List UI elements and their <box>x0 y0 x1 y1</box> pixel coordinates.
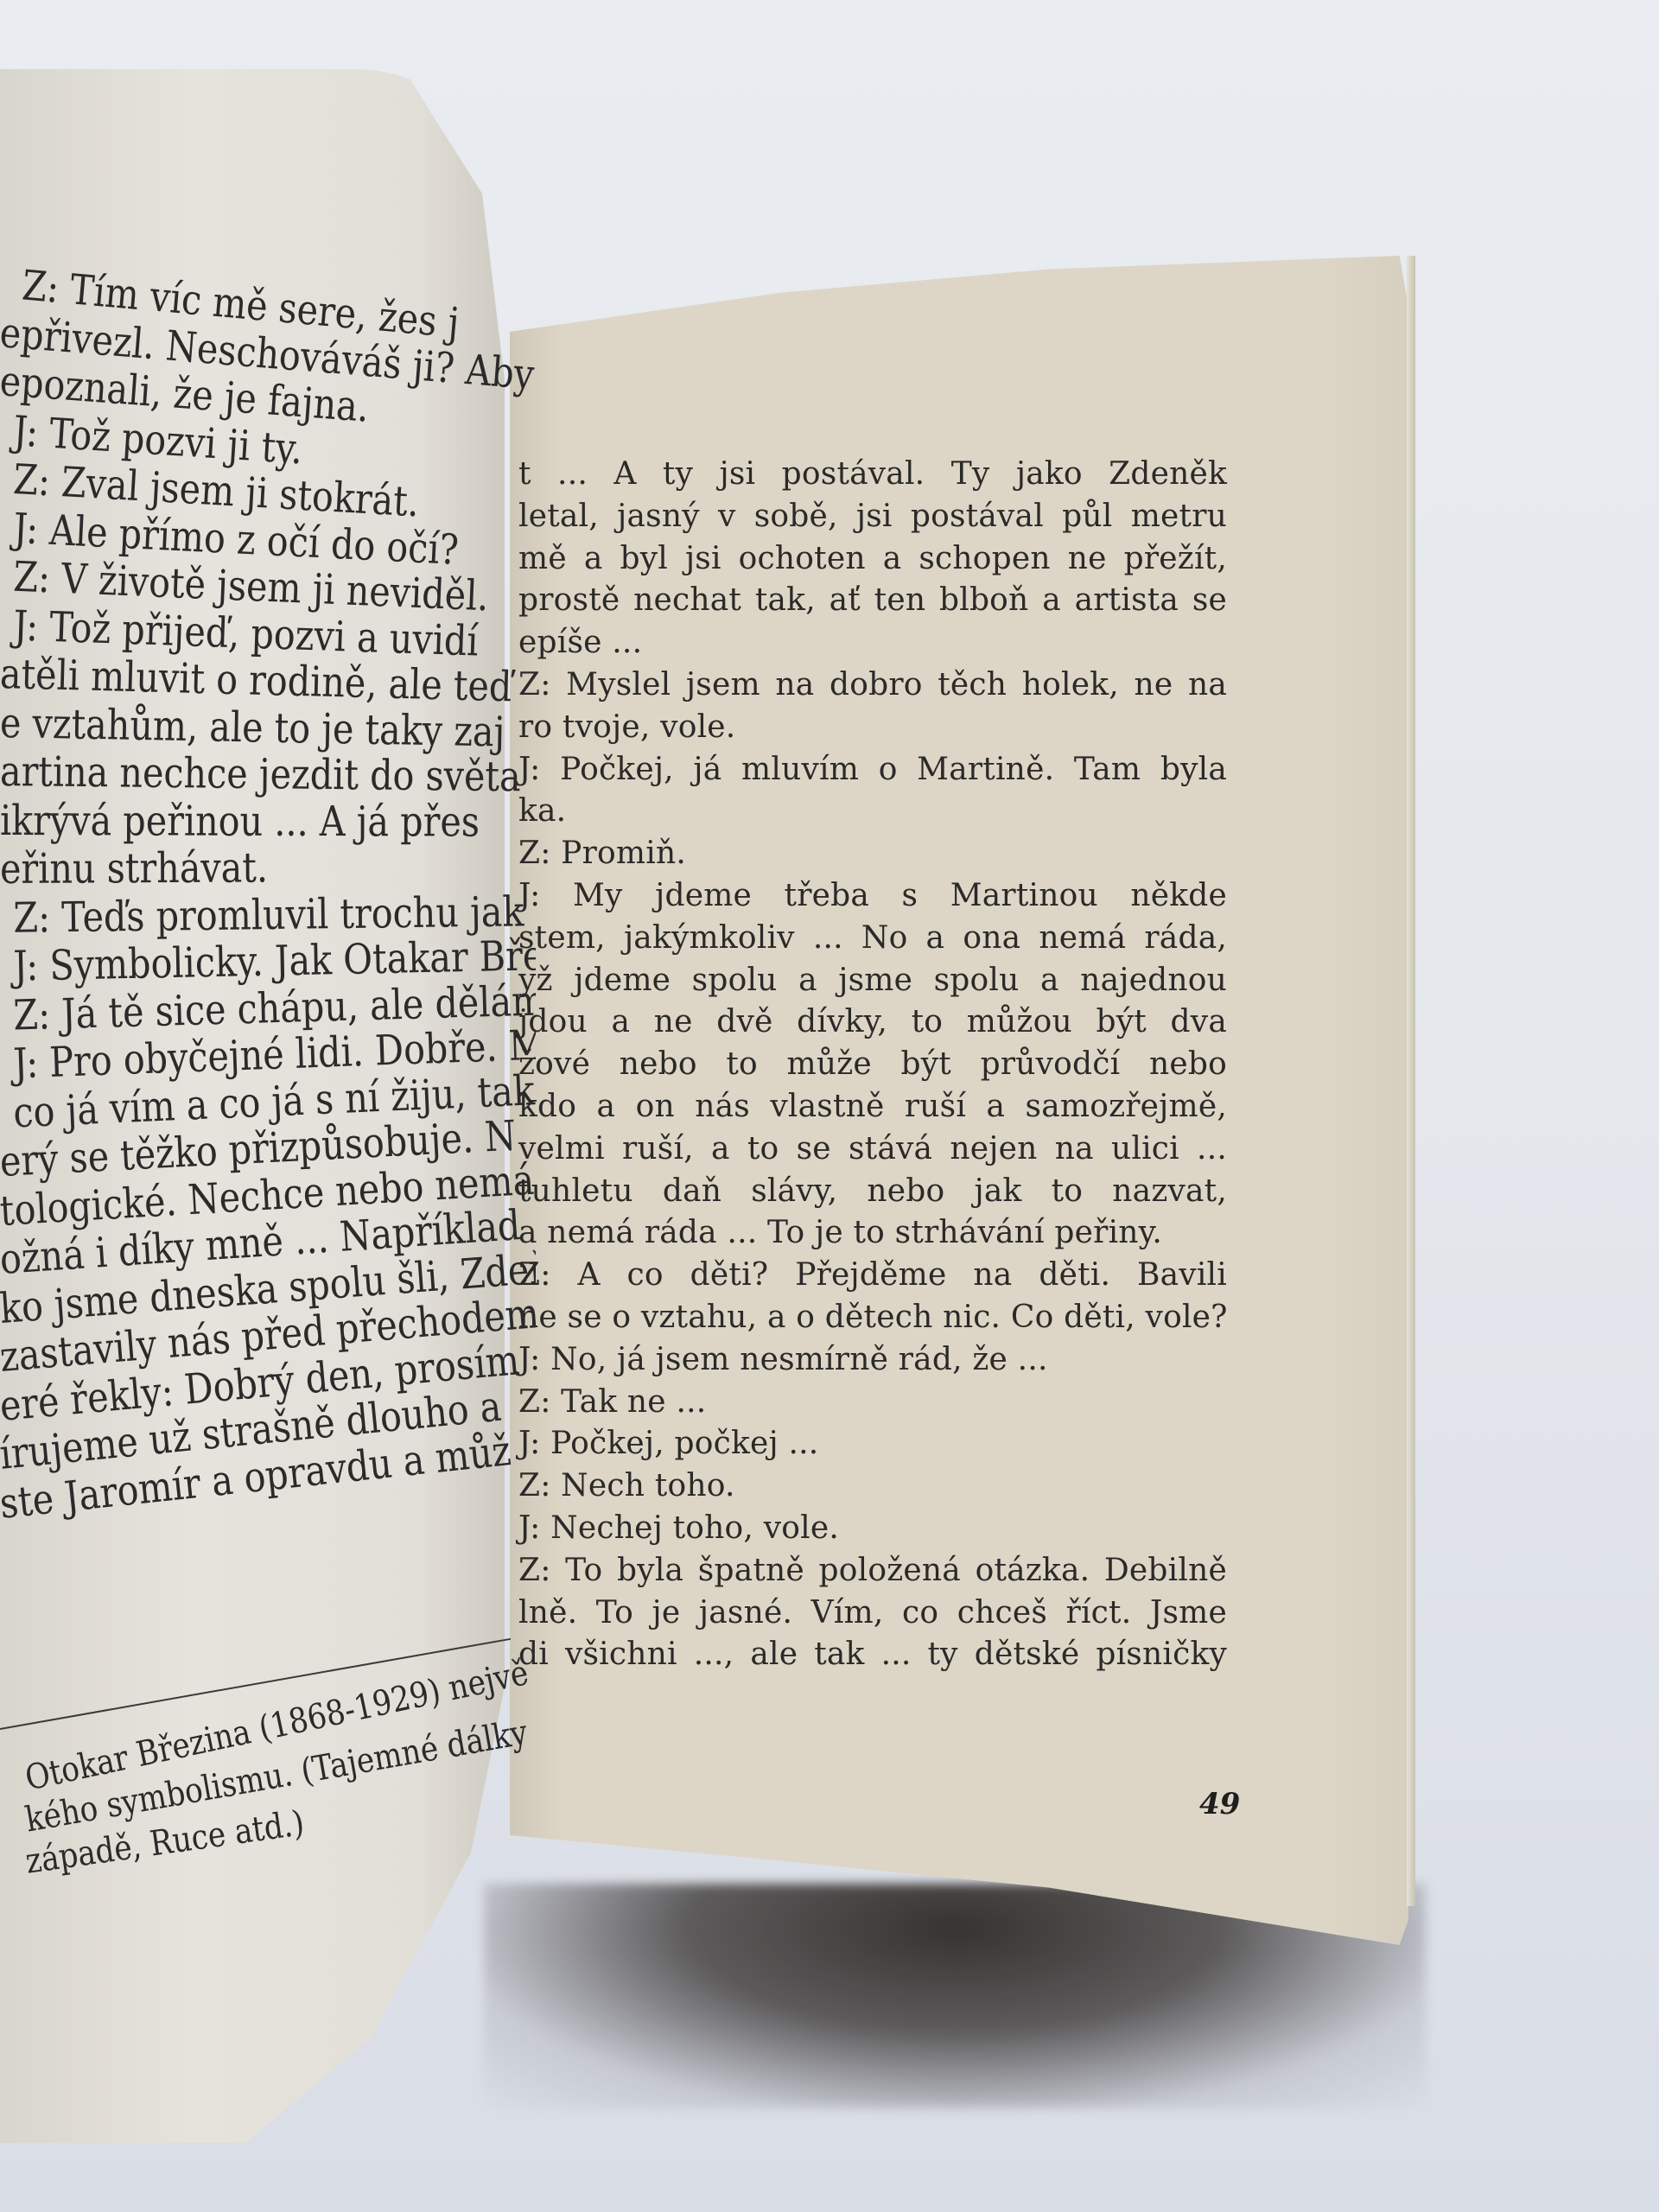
text-line: ne se o vztahu, a o dětech nic. Co děti,… <box>518 1297 1227 1339</box>
text-line: Z: To byla špatně položená otázka. Debil… <box>518 1550 1227 1592</box>
text-line: prostě nechat tak, ať ten blboň a artist… <box>518 580 1227 622</box>
text-line: Z: Tak ne ... <box>518 1382 1227 1424</box>
text-line: e vztahům, ale to je taky zaj <box>0 699 461 756</box>
text-line: J: Počkej, já mluvím o Martině. Tam byla <box>518 749 1227 791</box>
text-line: Z: Myslel jsem na dobro těch holek, ne n… <box>518 664 1227 707</box>
text-line: J: No, já jsem nesmírně rád, že ... <box>518 1339 1227 1382</box>
text-line: tuhletu daň slávy, nebo jak to nazvat, <box>518 1171 1227 1213</box>
photo-scene: t ... A ty jsi postával. Ty jako Zdeněkl… <box>0 0 1659 2212</box>
footnote: Otokar Březina (1868-1929) nejvěkého sym… <box>26 1758 510 1883</box>
text-line: kdo a on nás vlastně ruší a samozřejmě, <box>518 1086 1227 1128</box>
text-line: Z: A co děti? Přejděme na děti. Bavili <box>518 1255 1227 1297</box>
text-line: stem, jakýmkoliv ... No a ona nemá ráda, <box>518 918 1227 960</box>
right-page-text: t ... A ty jsi postával. Ty jako Zdeněkl… <box>518 454 1227 1676</box>
right-page-edge <box>1407 256 1415 1906</box>
text-line: ro tvoje, vole. <box>518 707 1227 749</box>
left-page-text: Z: Tím víc mě sere, žes jepřivezl. Nesch… <box>0 259 536 1529</box>
text-line: žové nebo to může být průvodčí nebo <box>518 1044 1227 1086</box>
text-line: artina nechce jezdit do světa <box>0 747 461 801</box>
text-line: J: My jdeme třeba s Martinou někde <box>518 875 1227 918</box>
text-line: ka. <box>518 791 1227 833</box>
text-line: ikrývá peřinou ... A já přes <box>0 797 461 847</box>
text-line: J: Nechej toho, vole. <box>518 1508 1227 1550</box>
page-number: 49 <box>1199 1787 1240 1821</box>
text-line: t ... A ty jsi postával. Ty jako Zdeněk <box>518 454 1227 496</box>
text-line: Z: Nech toho. <box>518 1465 1227 1508</box>
text-line: letal, jasný v sobě, jsi postával půl me… <box>518 496 1227 538</box>
text-line: mě a byl jsi ochoten a schopen ne přežít… <box>518 538 1227 581</box>
text-line: Z: Promiň. <box>518 833 1227 875</box>
text-line: epíše ... <box>518 622 1227 664</box>
text-line: lně. To je jasné. Vím, co chceš říct. Js… <box>518 1592 1227 1635</box>
text-line: eřinu strhávat. <box>0 842 461 893</box>
text-line: jdou a ne dvě dívky, to můžou být dva <box>518 1001 1227 1044</box>
text-line: yž jdeme spolu a jsme spolu a najednou <box>518 960 1227 1002</box>
text-line: velmi ruší, a to se stává nejen na ulici… <box>518 1128 1227 1171</box>
text-line: a nemá ráda ... To je to strhávání peřin… <box>518 1212 1227 1255</box>
text-line: J: Počkej, počkej ... <box>518 1423 1227 1465</box>
text-line: di všichni ..., ale tak ... ty dětské pí… <box>518 1634 1227 1676</box>
